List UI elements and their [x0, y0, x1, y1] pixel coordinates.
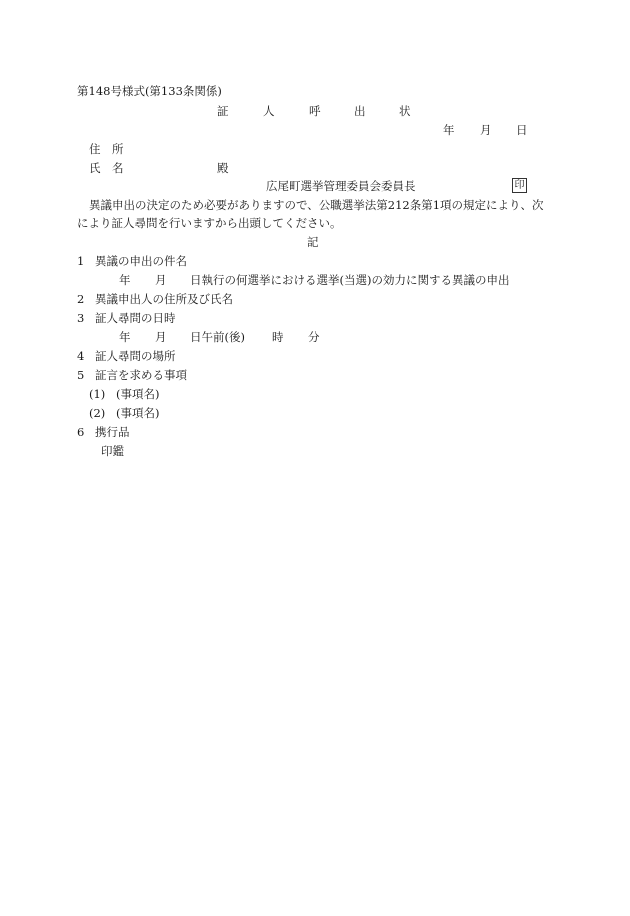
- item-number: 5: [77, 368, 84, 382]
- item-number: 1: [77, 254, 84, 268]
- item-number: 4: [77, 349, 84, 363]
- title-char: 呼: [309, 104, 321, 118]
- item-6-detail: 印鑑: [101, 444, 124, 458]
- sub-item-number: (2): [89, 406, 105, 420]
- detail-day-ampm: 日午前(後): [190, 330, 245, 344]
- sub-item-label: (事項名): [116, 406, 159, 420]
- item-label: 証人尋問の日時: [95, 311, 176, 325]
- sub-item-label: (事項名): [116, 387, 159, 401]
- item-number: 2: [77, 292, 84, 306]
- detail-minute: 分: [308, 330, 320, 344]
- title-char: 状: [399, 104, 411, 118]
- item-label: 携行品: [95, 425, 130, 439]
- item-number: 6: [77, 425, 84, 439]
- ki-heading: 記: [307, 235, 319, 249]
- item-label: 異議申出人の住所及び氏名: [95, 292, 233, 306]
- form-number: 第148号様式(第133条関係): [77, 84, 222, 98]
- title-char: 人: [263, 104, 275, 118]
- detail-month: 月: [155, 273, 167, 287]
- sub-item-number: (1): [89, 387, 105, 401]
- issuer-name: 広尾町選挙管理委員会委員長: [266, 179, 416, 193]
- item-label: 証人尋問の場所: [95, 349, 176, 363]
- honorific: 殿: [217, 161, 229, 175]
- recipient-address-label: 住 所: [89, 142, 124, 156]
- detail-month: 月: [155, 330, 167, 344]
- title-char: 証: [217, 104, 229, 118]
- date-month: 月: [480, 123, 492, 137]
- date-day: 日: [516, 123, 528, 137]
- date-year: 年: [443, 123, 455, 137]
- item-number: 3: [77, 311, 84, 325]
- body-line-1: 異議申出の決定のため必要がありますので、公職選挙法第212条第1項の規定により、…: [89, 198, 544, 212]
- detail-text: 日執行の何選挙における選挙(当選)の効力に関する異議の申出: [190, 273, 509, 287]
- item-label: 証言を求める事項: [95, 368, 187, 382]
- detail-hour: 時: [272, 330, 284, 344]
- item-label: 異議の申出の件名: [95, 254, 187, 268]
- title-char: 出: [354, 104, 366, 118]
- seal-stamp: 印: [512, 178, 527, 193]
- detail-year: 年: [119, 273, 131, 287]
- detail-year: 年: [119, 330, 131, 344]
- document-page: 第148号様式(第133条関係) 証 人 呼 出 状 年 月 日 住 所 氏 名…: [0, 0, 630, 916]
- recipient-name-label: 氏 名: [89, 161, 124, 175]
- body-line-2: により証人尋問を行いますから出頭してください。: [77, 216, 342, 230]
